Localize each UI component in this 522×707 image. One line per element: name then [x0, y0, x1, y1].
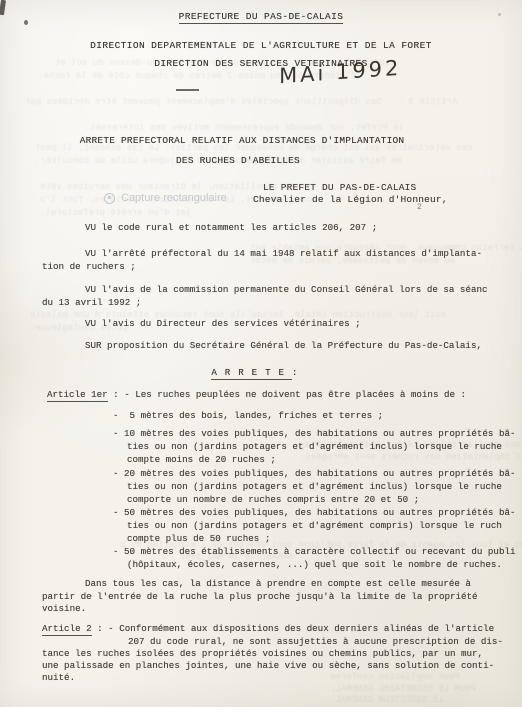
article-1-intro: Article 1er : - Les ruches peuplées ne d…: [47, 389, 466, 400]
article-1-item-50m-l3: compte plus de 50 ruches ;: [127, 533, 270, 544]
decree-title-line2: DES RUCHES D'ABEILLES: [0, 155, 499, 166]
direction-veterinaires-line: DIRECTION DES SERVICES VETERINAIRES: [0, 58, 522, 69]
prefet-line: LE PREFET DU PAS-DE-CALAIS: [263, 182, 416, 193]
article-1-item-50m: - 50 mètres des voies publiques, des hab…: [113, 507, 515, 518]
article-1-item-5m: - 5 mètres des bois, landes, friches et …: [113, 410, 383, 421]
article-1-item-50m-collectif: - 50 mètres des établissements à caractè…: [113, 546, 515, 557]
prefecture-heading: PREFECTURE DU PAS-DE-CALAIS: [0, 11, 522, 22]
visa-arrete-1948-suite: tion de ruchers ;: [42, 261, 136, 272]
bleedthrough-line: Pour ampliation conforme: [330, 672, 460, 683]
visa-directeur: VU l'avis du Directeur des services vété…: [85, 318, 361, 329]
bleedthrough-line: POUR LE SECRETAIRE GENERAL,: [330, 684, 476, 695]
screen-capture-watermark: Capture rectangulaire: [104, 192, 227, 204]
watermark-label: Capture rectangulaire: [121, 192, 227, 204]
article-1-item-20m-l2: ties ou non (jardins potagers et d'agrém…: [127, 481, 502, 492]
article-2-l3: tance les ruches isolées des propriétés …: [42, 648, 483, 659]
article-1-item-10m-l2: ties ou non (jardins potagers et d'agrém…: [127, 441, 502, 452]
paragraph-distance-l3: voisine.: [42, 603, 86, 614]
separator-rule: [176, 89, 199, 91]
bleedthrough-line: Article 3 : - Des dispositions spéciales…: [25, 97, 457, 108]
article-1-item-20m-l3: comporte un nombre de ruches compris ent…: [127, 494, 419, 505]
arrete-heading: A R R E T E :: [0, 367, 516, 378]
bleedthrough-line: jet d'un arrêté préfectoral.: [40, 208, 191, 219]
article-2-l2: 207 du code rural, ne sont assujetties à…: [128, 636, 503, 647]
direction-agriculture-line: DIRECTION DEPARTEMENTALE DE L'AGRICULTUR…: [0, 40, 522, 51]
article-1-item-10m-l3: compte moins de 20 ruches ;: [127, 454, 276, 465]
arrete-heading-colon: :: [292, 367, 299, 378]
bleedthrough-line: le Préfet, sur demande expressément moti…: [85, 123, 404, 134]
visa-code-rural: VU le code rural et notamment les articl…: [85, 222, 377, 233]
article-1-item-50m-collectif-l2: (hôpitaux, écoles, casernes, ...) quel q…: [127, 559, 502, 570]
circle-dot-icon: [104, 193, 115, 204]
article-1-item-50m-l2: ties ou non (jardins potagers et d'agrém…: [127, 520, 502, 531]
visa-proposition: SUR proposition du Secrétaire Général de…: [85, 340, 482, 351]
visa-commission-suite: du 13 avril 1992 ;: [42, 297, 141, 308]
article-2-l4: une palissade en planches jointes, une h…: [42, 660, 494, 671]
arrete-heading-word: A R R E T E: [211, 367, 292, 380]
bleedthrough-line: LE DIRECTEUR GENERAL: [335, 695, 443, 706]
prefecture-heading-text: PREFECTURE DU PAS-DE-CALAIS: [179, 11, 344, 24]
article-1-item-20m: - 20 mètres des voies publiques, des hab…: [113, 468, 515, 479]
paragraph-distance-l2: partir de l'entrée de la ruche la plus p…: [42, 591, 478, 602]
visa-commission: VU l'avis de la commission permanente du…: [85, 284, 487, 295]
paragraph-distance: Dans tous les cas, la distance à prendre…: [85, 578, 471, 589]
decree-title-line1: ARRETE PREFECTORAL RELATIF AUX DISTANCES…: [0, 135, 503, 146]
article-2-l5: nuité.: [42, 672, 75, 683]
article-1-item-10m: - 10 mètres des voies publiques, des hab…: [113, 428, 515, 439]
bleedthrough-line: distances d'implantation des ruchers son…: [300, 452, 522, 463]
article-2-intro: Article 2 : - Conformément aux dispositi…: [42, 623, 494, 634]
prefet-honneur-line: Chevalier de la Légion d'Honneur,: [253, 194, 448, 205]
visa-arrete-1948: VU l'arrêté préfectoral du 14 mai 1948 r…: [85, 248, 482, 259]
scanned-decree-page: teurs doivent avoir une hauteur de 2 mèt…: [0, 0, 522, 707]
